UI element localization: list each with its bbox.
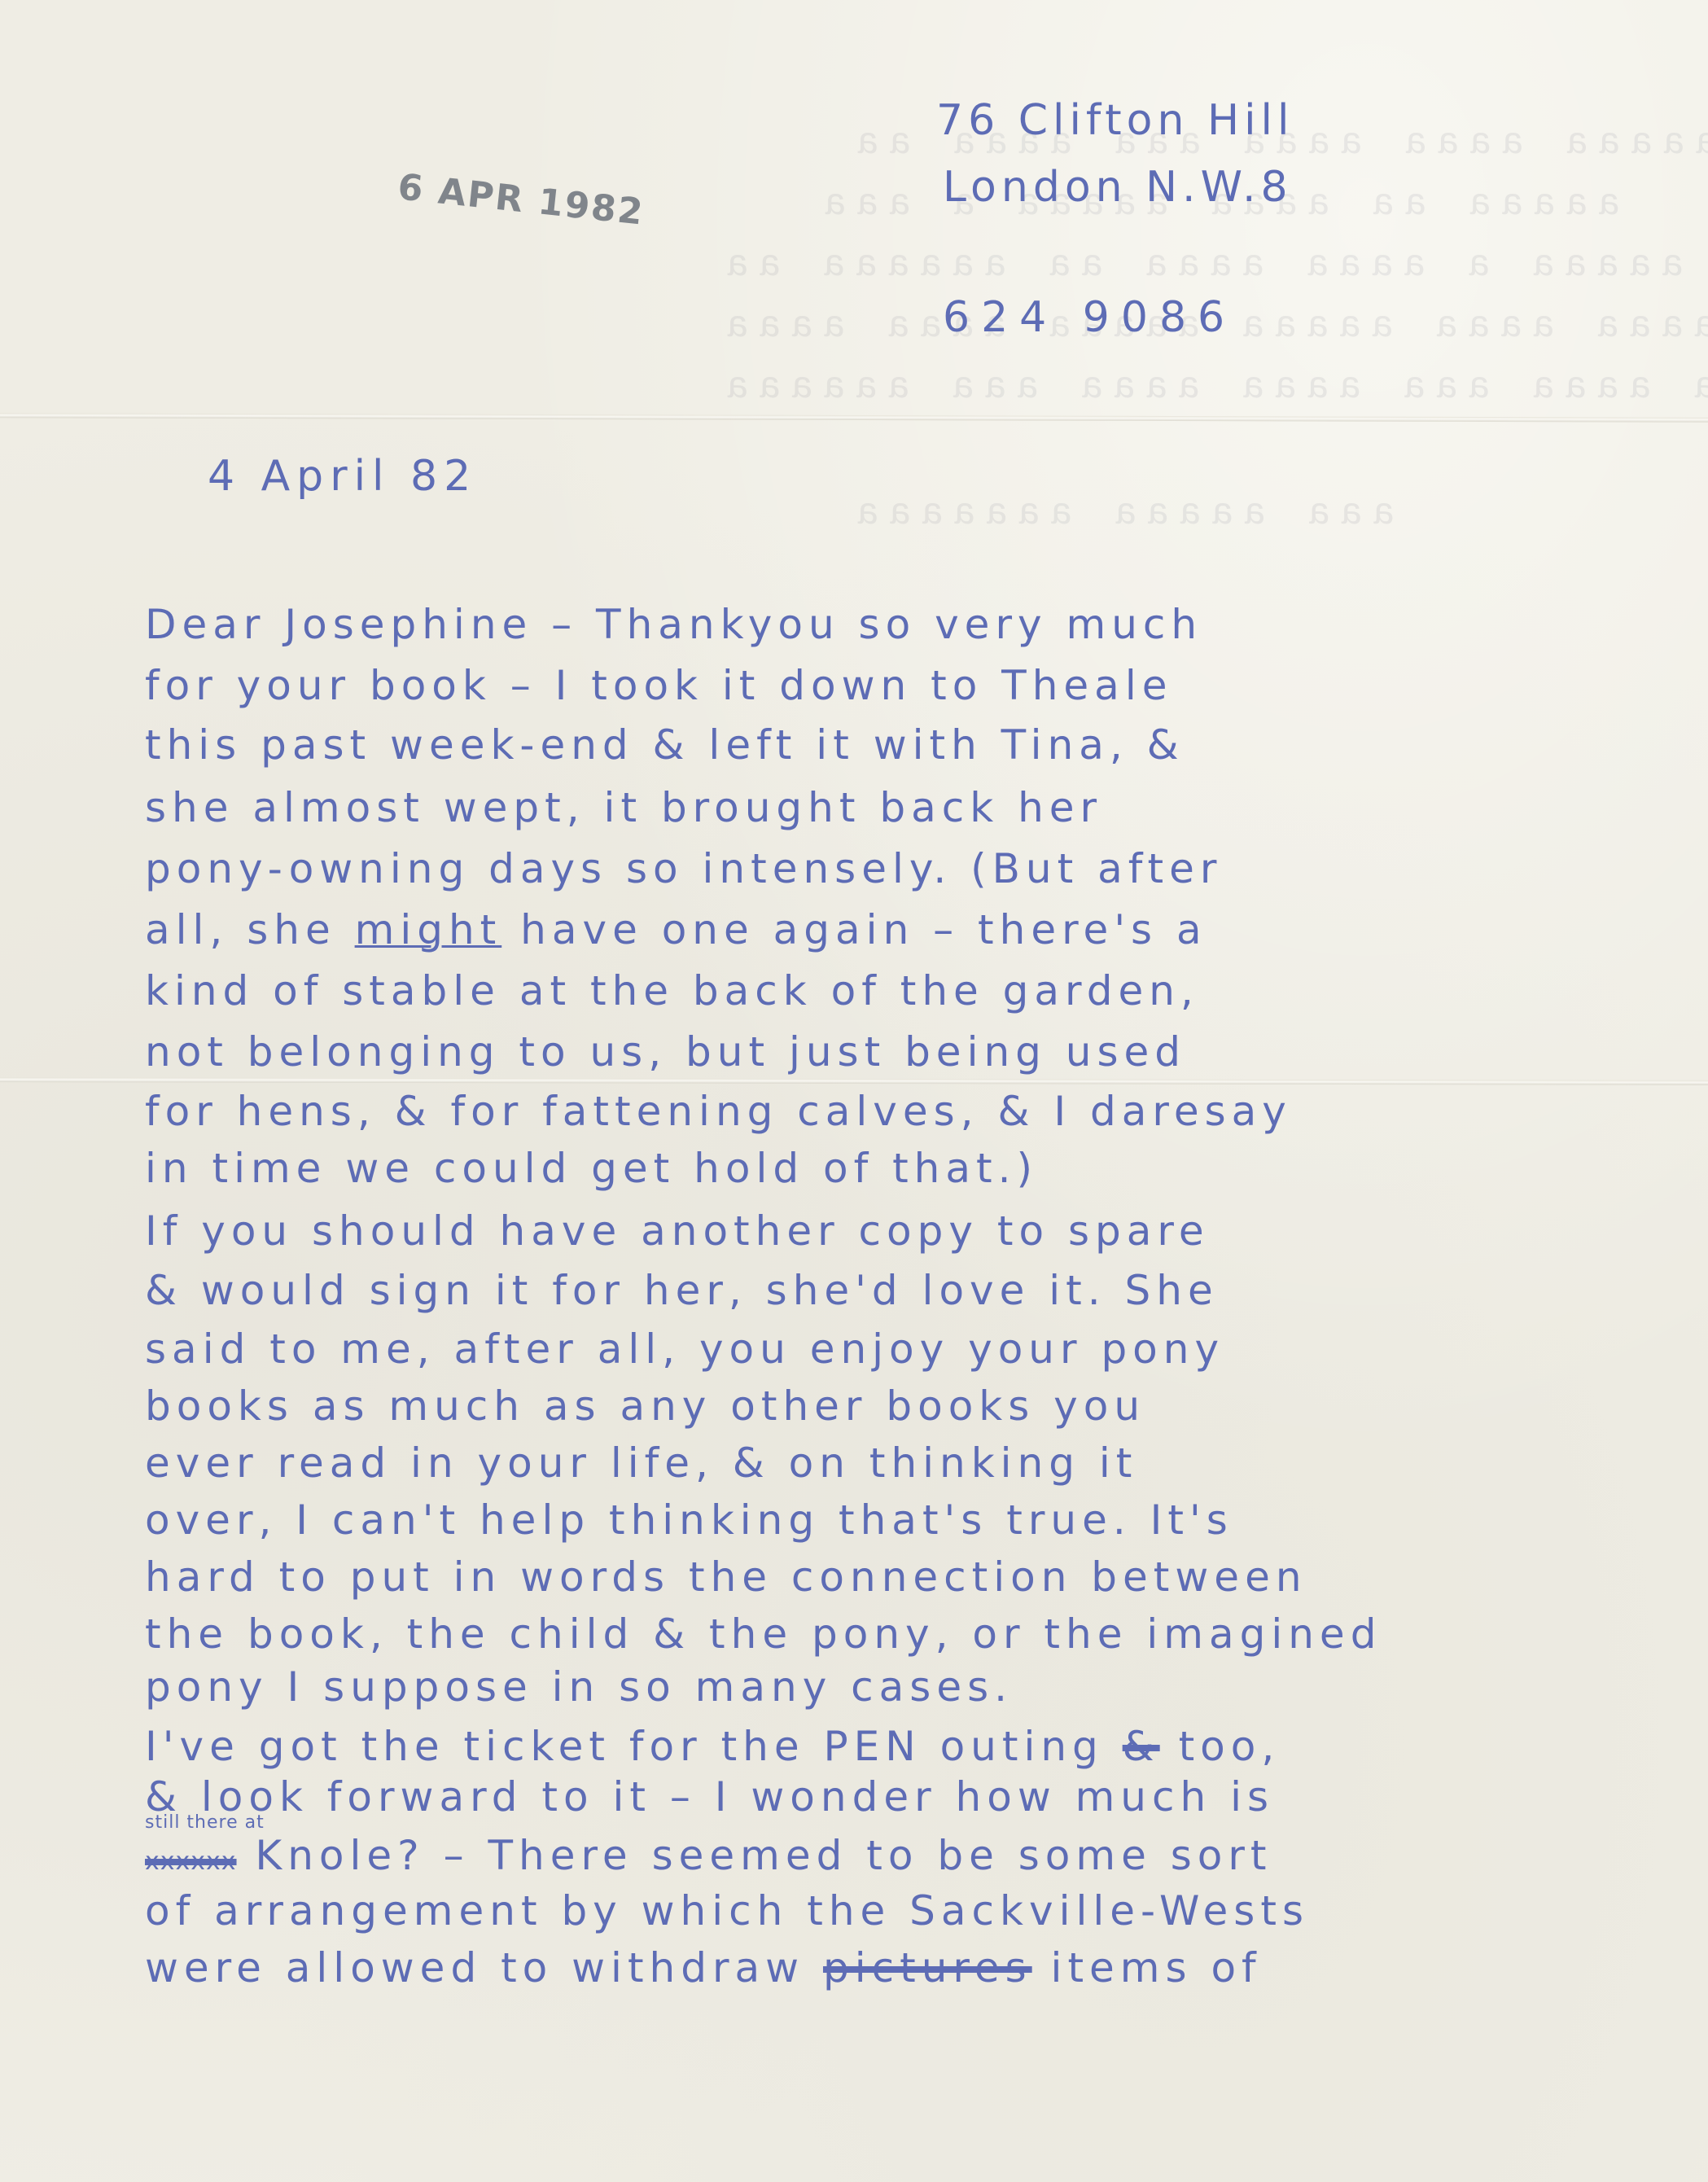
line-text: have one again – there's a	[501, 906, 1207, 953]
letter-line: books as much as any other books you	[145, 1382, 1145, 1430]
letter-line: the book, the child & the pony, or the i…	[145, 1610, 1382, 1658]
letter-line: over, I can't help thinking that's true.…	[145, 1496, 1233, 1544]
show-through-text: aaa aaaaa aaaaaaa	[847, 493, 1395, 535]
line-text: items of	[1032, 1944, 1262, 1991]
struck-word: pictures	[823, 1944, 1032, 1991]
underlined-word: might	[355, 906, 502, 953]
line-text: too,	[1160, 1723, 1281, 1770]
letter-line: kind of stable at the back of the garden…	[145, 967, 1199, 1014]
letter-line: in time we could get hold of that.)	[145, 1145, 1038, 1192]
letter-line: & would sign it for her, she'd love it. …	[145, 1267, 1219, 1314]
letter-line: xxxxxx Knole? – There seemed to be some …	[145, 1832, 1272, 1879]
show-through-text: aaa aaaaa a aaaa aaaa aa aaaaaa aa	[716, 244, 1708, 287]
letter-line: all, she might have one again – there's …	[145, 906, 1207, 953]
show-through-text: aaa aaaa aaa aaaa aaaa aaa aaaaaa	[716, 366, 1708, 409]
letter-line: I've got the ticket for the PEN outing &…	[145, 1723, 1280, 1770]
letter-line: she almost wept, it brought back her	[145, 784, 1102, 831]
letter-line: for your book – I took it down to Theale	[145, 662, 1172, 709]
letter-line: said to me, after all, you enjoy your po…	[145, 1325, 1224, 1373]
struck-word: &	[1123, 1723, 1160, 1770]
letter-line: of arrangement by which the Sackville-We…	[145, 1887, 1309, 1934]
line-text: all, she	[145, 906, 355, 953]
sender-address-line1: 76 Clifton Hill	[936, 96, 1294, 145]
letter-date: 4 April 82	[208, 452, 477, 501]
line-text: Knole? – There seemed to be some sort	[237, 1832, 1272, 1879]
letter-line: & look forward to it – I wonder how much…	[145, 1773, 1274, 1821]
letter-line: not belonging to us, but just being used	[145, 1028, 1186, 1076]
letter-line: Dear Josephine – Thankyou so very much	[145, 601, 1202, 648]
letter-line: hard to put in words the connection betw…	[145, 1553, 1307, 1601]
letter-line: ever read in your life, & on thinking it	[145, 1439, 1137, 1487]
line-text: I've got the ticket for the PEN outing	[145, 1723, 1123, 1770]
letter-line: were allowed to withdraw pictures items …	[145, 1944, 1262, 1991]
letter-line: this past week-end & left it with Tina, …	[145, 721, 1185, 769]
struck-word: xxxxxx	[145, 1847, 237, 1876]
letter-line: If you should have another copy to spare	[145, 1207, 1210, 1255]
sender-address-line2: London N.W.8	[943, 163, 1293, 212]
letter-line: pony-owning days so intensely. (But afte…	[145, 845, 1222, 892]
letter-line: pony I suppose in so many cases.	[145, 1663, 1013, 1711]
line-text: were allowed to withdraw	[145, 1944, 823, 1991]
sender-phone: 624 9086	[943, 293, 1236, 342]
inserted-correction: still there at	[145, 1812, 265, 1833]
letter-line: for hens, & for fattening calves, & I da…	[145, 1088, 1292, 1135]
